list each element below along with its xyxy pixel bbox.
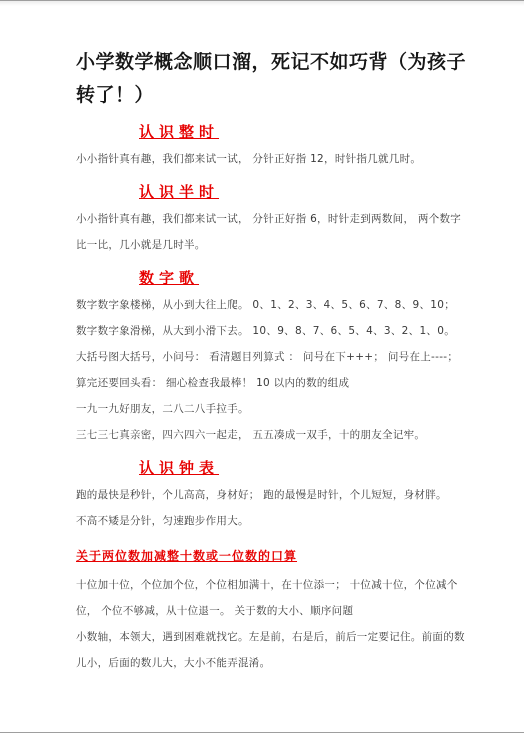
body-paragraph: 小小指针真有趣，我们都来试一试， 分针正好指 12，时针指几就几时。 — [76, 146, 468, 172]
body-paragraph: 小数轴，本领大，遇到困难就找它。左是前，右是后，前后一定要记住。前面的数儿小，后… — [76, 624, 468, 676]
body-paragraph: 一九一九好朋友，二八二八手拉手。 — [76, 396, 468, 422]
body-paragraph: 小小指针真有趣，我们都来试一试， 分针正好指 6，时针走到两数间， 两个数字比一… — [76, 206, 468, 258]
body-paragraph: 数字数字象楼梯，从小到大往上爬。 0、1、2、3、4、5、6、7、8、9、10；… — [76, 292, 468, 344]
section-heading-clock: 认识钟表 — [139, 458, 464, 479]
document-page: 小学数学概念顺口溜，死记不如巧背（为孩子转了！） 认识整时 小小指针真有趣，我们… — [0, 0, 524, 733]
body-paragraph: 不高不矮是分针，匀速跑步作用大。 — [76, 508, 468, 534]
body-paragraph: 大括号图大括号，小问号： 看清题目列算式 ： 问号在下+++； 问号在上----… — [76, 344, 468, 396]
section-heading-whole-hours: 认识整时 — [139, 122, 464, 143]
document-title: 小学数学概念顺口溜，死记不如巧背（为孩子转了！） — [76, 46, 468, 112]
page-top-shade — [0, 1, 524, 6]
body-paragraph: 三七三七真亲密，四六四六一起走， 五五凑成一双手，十的朋友全记牢。 — [76, 422, 468, 448]
section-heading-half-hours: 认识半时 — [139, 182, 464, 203]
section-heading-mental-arithmetic: 关于两位数加减整十数或一位数的口算 — [76, 546, 464, 567]
body-paragraph: 跑的最快是秒针，个儿高高，身材好； 跑的最慢是时针，个儿短短，身材胖。 — [76, 482, 468, 508]
body-paragraph: 十位加十位，个位加个位，个位相加满十，在十位添一； 十位减十位，个位减个位， 个… — [76, 572, 468, 624]
section-heading-number-song: 数字歌 — [139, 268, 464, 289]
